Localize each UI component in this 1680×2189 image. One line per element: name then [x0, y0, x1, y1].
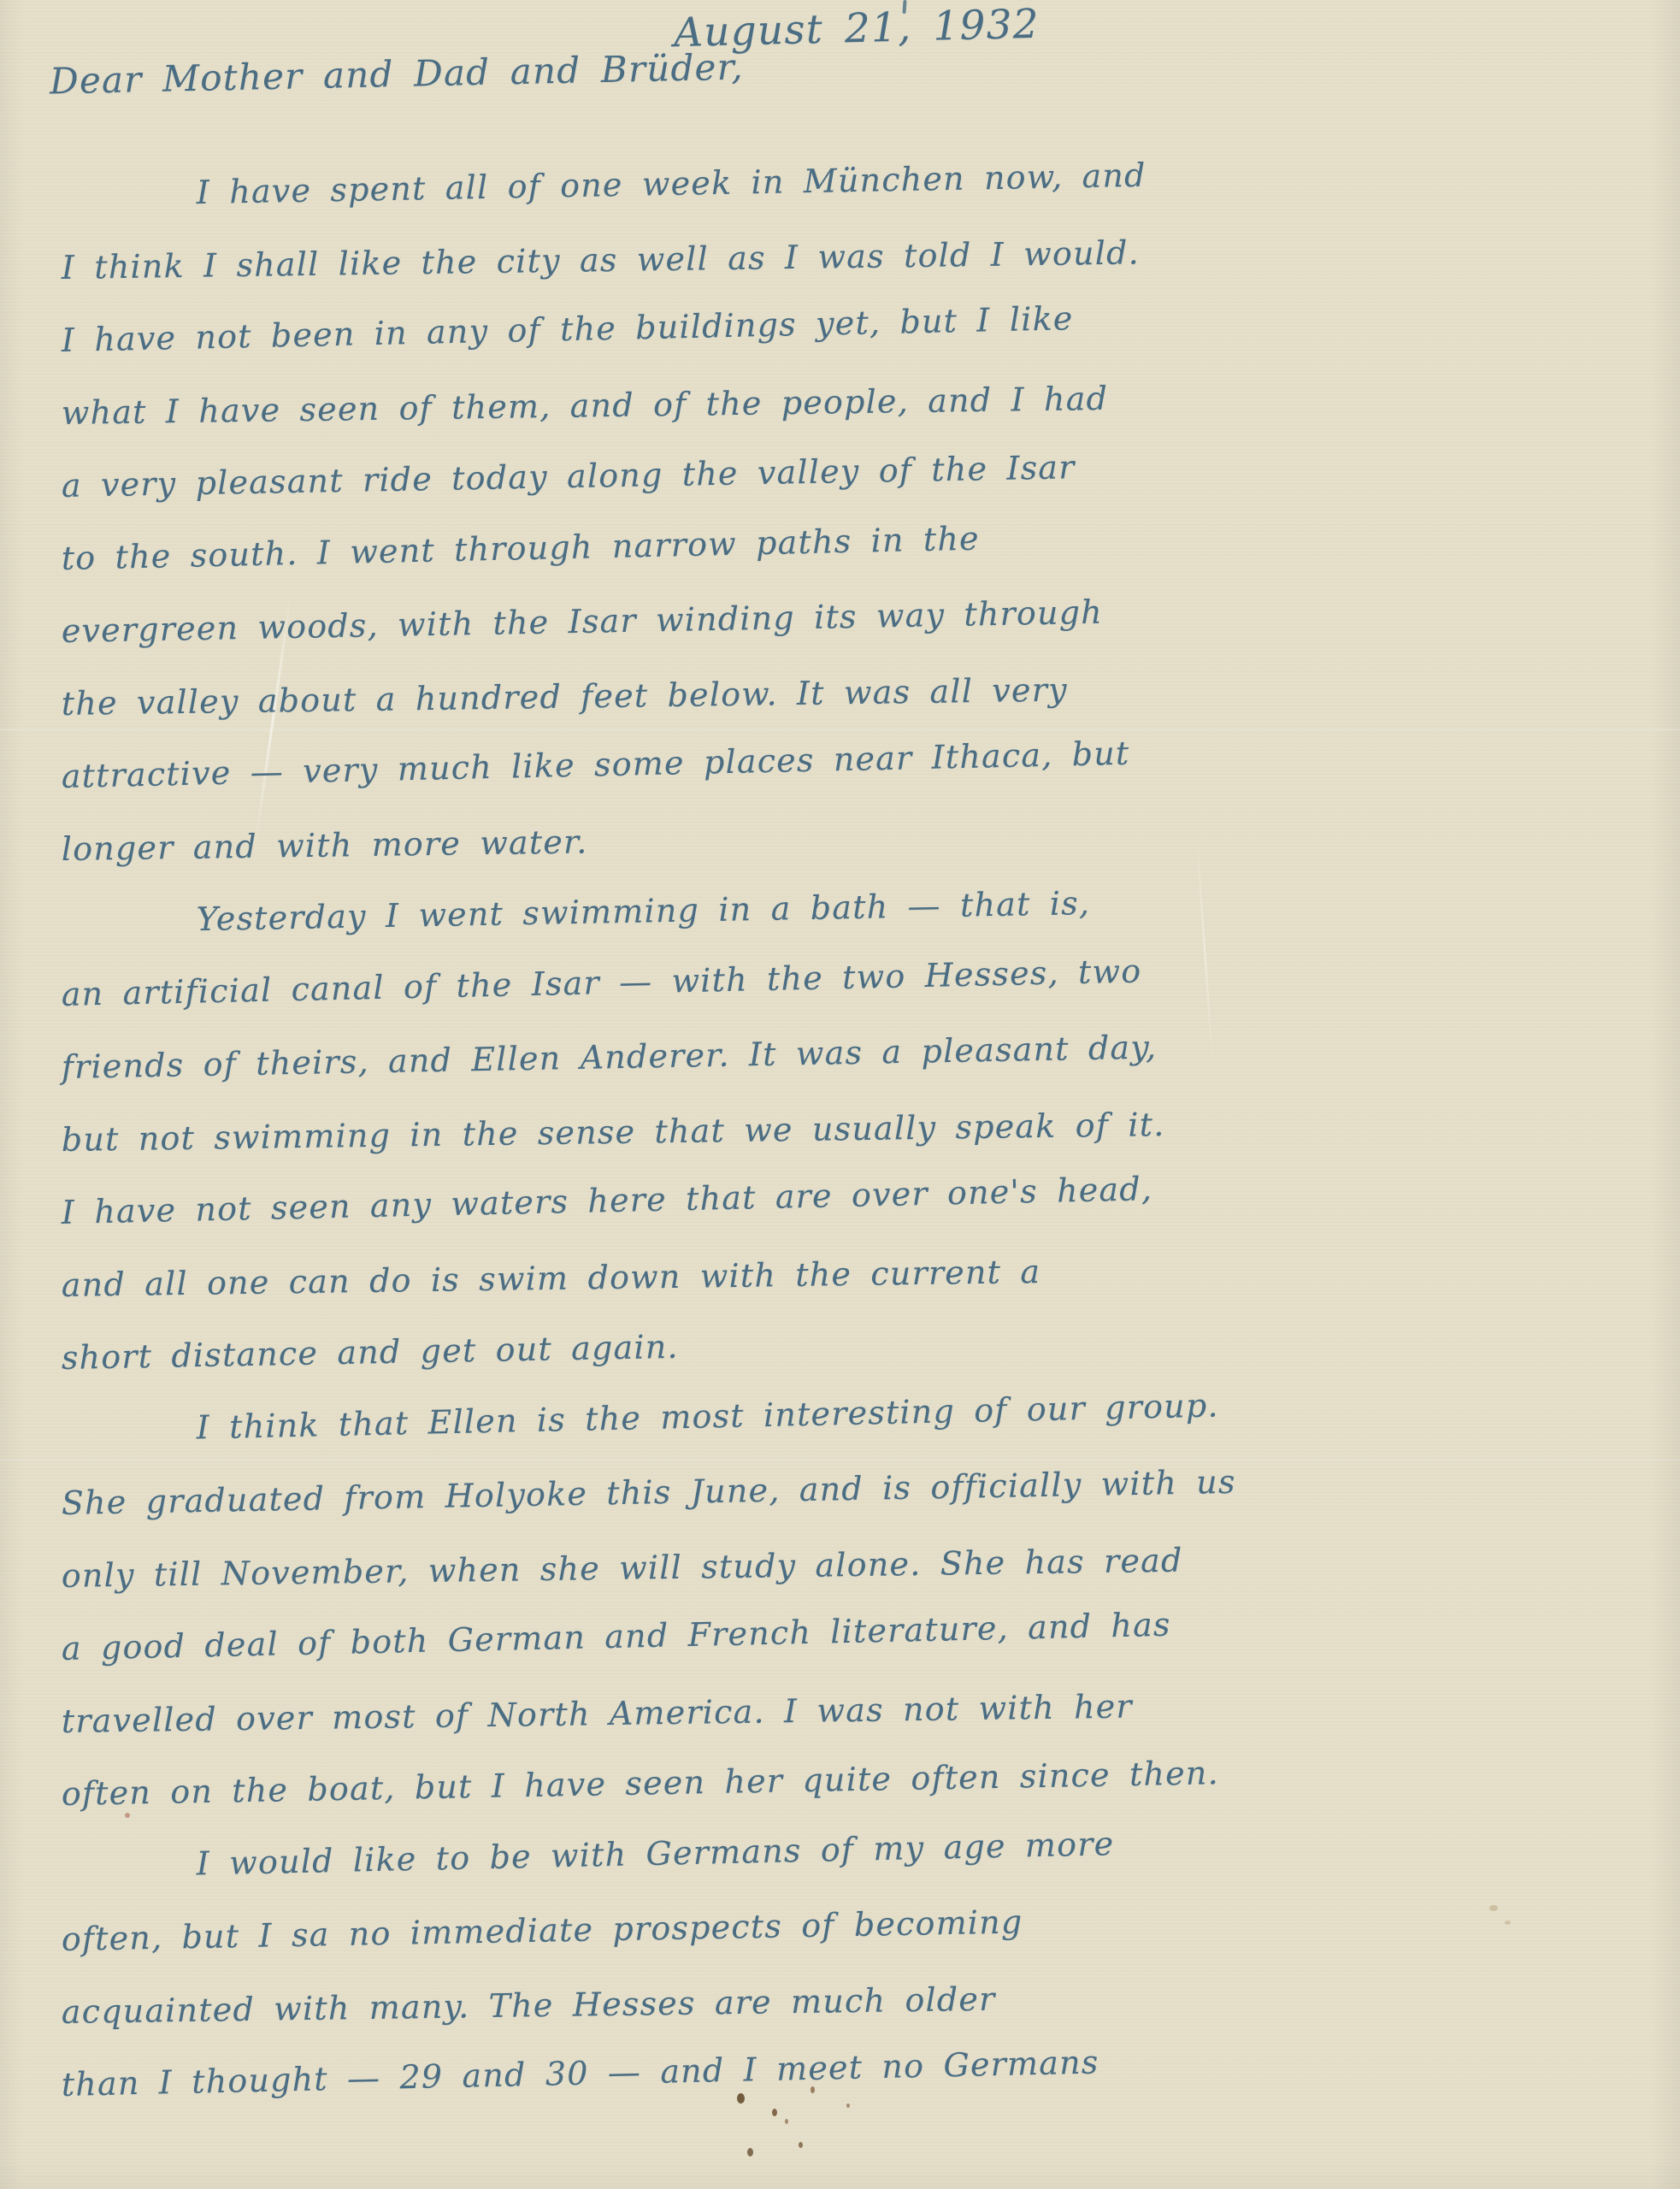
letter-body: I have spent all of one week in München … [62, 159, 1626, 2121]
ink-stain [799, 2142, 803, 2148]
ink-stain [747, 2148, 753, 2157]
letter-page: August 21, 1932 Dear Mother and Dad and … [0, 0, 1680, 2189]
letter-salutation: Dear Mother and Dad and Brüder, [50, 46, 745, 103]
